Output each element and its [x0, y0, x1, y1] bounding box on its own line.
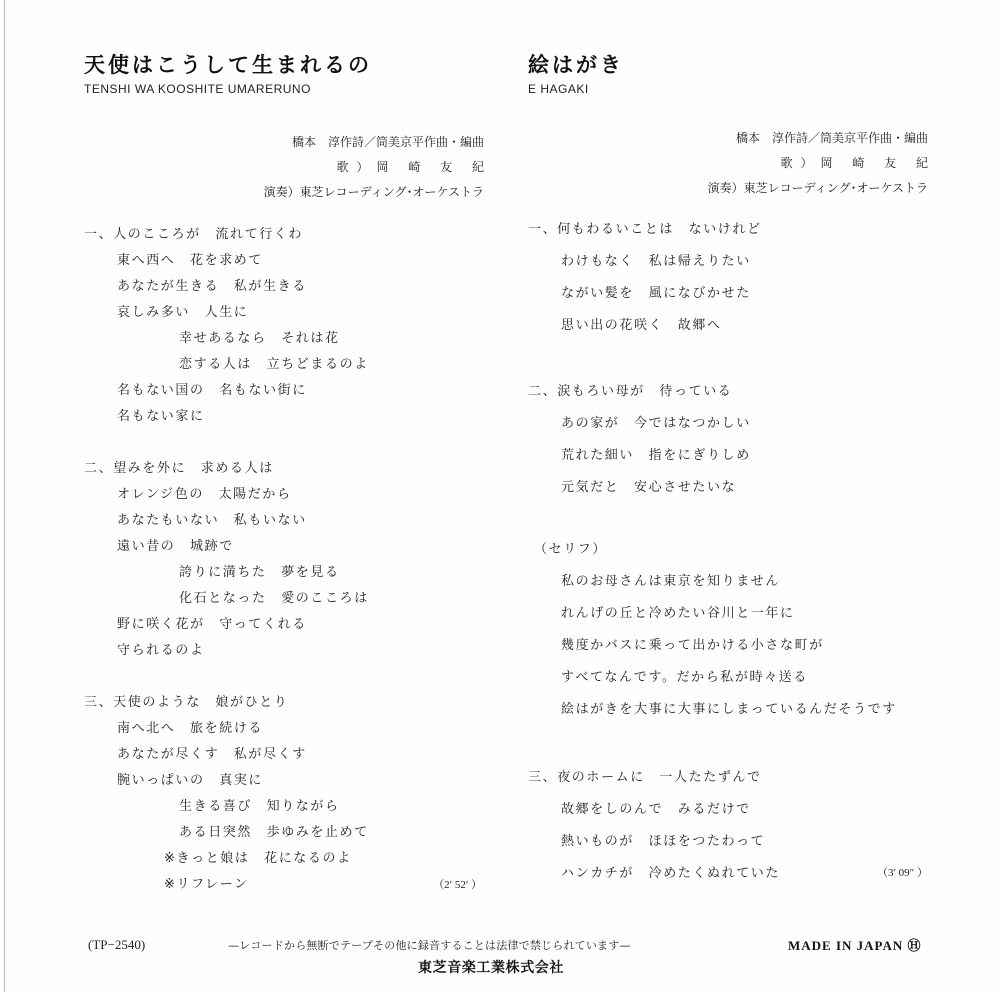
song-credits: 橋本 淳作詩／筒美京平作曲・編曲 歌）岡 崎 友 紀 演奏）東芝レコーディング･…: [708, 126, 928, 201]
verse-3: 三、天使のような 娘がひとり 南へ北へ 旅を続ける あなたが尽くす 私が尽くす …: [84, 690, 494, 898]
song-title: 絵はがき: [528, 52, 928, 78]
lyrics: 一、人のこころが 流れて行くわ 東へ西へ 花を求めて あなたが生きる 私が生きる…: [84, 222, 494, 898]
verse-2: 二、涙もろい母が 待っている あの家が 今ではなつかしい 荒れた細い 指をにぎり…: [528, 376, 928, 504]
sleeve-footer: (TP−2540) —レコードから無断でテープその他に録音することは法律で禁じら…: [0, 933, 1000, 983]
verse-3: 三、夜のホームに 一人たたずんで 故郷をしのんで みるだけで 熱いものが ほほを…: [528, 762, 928, 890]
lyric-line: 幸せあるなら それは花: [84, 326, 494, 352]
lyric-line: 恋する人は 立ちどまるのよ: [84, 352, 494, 378]
lyric-line: 元気だと 安心させたいな: [528, 472, 928, 504]
lyric-line: 化石となった 愛のこころは: [84, 586, 494, 612]
song-title-romaji: TENSHI WA KOOSHITE UMARERUNO: [84, 82, 494, 96]
lyric-line: 三、夜のホームに 一人たたずんで: [528, 762, 928, 794]
song-e-hagaki: 絵はがき E HAGAKI 橋本 淳作詩／筒美京平作曲・編曲 歌）岡 崎 友 紀…: [528, 52, 928, 96]
lyric-line: 二、望みを外に 求める人は: [84, 456, 494, 482]
lyric-line: 南へ北へ 旅を続ける: [84, 716, 494, 742]
lyric-line: 絵はがきを大事に大事にしまっているんだそうです: [528, 694, 928, 726]
performer-credit: 演奏）東芝レコーディング･オーケストラ: [708, 176, 928, 201]
scan-edge-line: [4, 0, 5, 992]
lyric-line: オレンジ色の 太陽だから: [84, 482, 494, 508]
lyric-line: ながい髪を 風になびかせた: [528, 278, 928, 310]
lyric-line: 生きる喜び 知りながら: [84, 794, 494, 820]
lyric-line: 名もない国の 名もない街に: [84, 378, 494, 404]
lyric-line: 故郷をしのんで みるだけで: [528, 794, 928, 826]
lyric-line-refrain: ※きっと娘は 花になるのよ: [84, 846, 494, 872]
lyric-line: 荒れた細い 指をにぎりしめ: [528, 440, 928, 472]
verse-serifu: （セリフ） 私のお母さんは東京を知りません れんげの丘と冷めたい谷川と一年に 幾…: [528, 534, 928, 726]
lyric-line: 思い出の花咲く 故郷へ: [528, 310, 928, 342]
made-in-japan-mark: MADE IN JAPAN Ⓗ: [788, 935, 922, 954]
lyric-line: 遠い昔の 城跡で: [84, 534, 494, 560]
lyric-line: 三、天使のような 娘がひとり: [84, 690, 494, 716]
lyric-line: 野に咲く花が 守ってくれる: [84, 612, 494, 638]
writer-credit: 橋本 淳作詩／筒美京平作曲・編曲: [708, 126, 928, 151]
lyric-line: すべてなんです。だから私が時々送る: [528, 662, 928, 694]
song-credits: 橋本 淳作詩／筒美京平作曲・編曲 歌）岡 崎 友 紀 演奏）東芝レコーディング･…: [264, 130, 484, 205]
lyric-line: 幾度かバスに乗って出かける小さな町が: [528, 630, 928, 662]
performer-credit: 演奏）東芝レコーディング･オーケストラ: [264, 180, 484, 205]
lyric-line: 哀しみ多い 人生に: [84, 300, 494, 326]
lyric-line: あなたが生きる 私が生きる: [84, 274, 494, 300]
lyric-line: 二、涙もろい母が 待っている: [528, 376, 928, 408]
lyric-line: 誇りに満ちた 夢を見る: [84, 560, 494, 586]
song-duration: （2′ 52′ ）: [433, 876, 482, 892]
singer-credit: 歌）岡 崎 友 紀: [264, 155, 492, 180]
verse-1: 一、何もわるいことは ないけれど わけもなく 私は帰えりたい ながい髪を 風にな…: [528, 214, 928, 342]
lyric-line: 私のお母さんは東京を知りません: [528, 566, 928, 598]
song-duration: （3′ 09″ ）: [877, 864, 928, 880]
lyric-line: あなたが尽くす 私が尽くす: [84, 742, 494, 768]
copyright-notice: —レコードから無断でテープその他に録音することは法律で禁じられています—: [228, 937, 631, 953]
catalog-number: (TP−2540): [88, 937, 145, 953]
lyric-line: 東へ西へ 花を求めて: [84, 248, 494, 274]
lyric-line: あなたもいない 私もいない: [84, 508, 494, 534]
writer-credit: 橋本 淳作詩／筒美京平作曲・編曲: [264, 130, 484, 155]
lyric-line: 守られるのよ: [84, 638, 494, 664]
lyric-line: 名もない家に: [84, 404, 494, 430]
song-tenshi-wa-kooshite-umareruno: 天使はこうして生まれるの TENSHI WA KOOSHITE UMARERUN…: [84, 52, 494, 96]
lyric-line: 腕いっぱいの 真実に: [84, 768, 494, 794]
lyric-line: 一、何もわるいことは ないけれど: [528, 214, 928, 246]
record-company: 東芝音楽工業株式会社: [418, 957, 564, 977]
lyric-line: ハンカチが 冷めたくぬれていた: [528, 858, 928, 890]
lyrics: 一、何もわるいことは ないけれど わけもなく 私は帰えりたい ながい髪を 風にな…: [528, 214, 928, 890]
song-title-romaji: E HAGAKI: [528, 82, 928, 96]
lyric-line: 一、人のこころが 流れて行くわ: [84, 222, 494, 248]
lyric-line: 熱いものが ほほをつたわって: [528, 826, 928, 858]
singer-credit: 歌）岡 崎 友 紀: [708, 151, 936, 176]
song-title: 天使はこうして生まれるの: [84, 52, 494, 78]
lyric-line: あの家が 今ではなつかしい: [528, 408, 928, 440]
lyric-line: わけもなく 私は帰えりたい: [528, 246, 928, 278]
verse-1: 一、人のこころが 流れて行くわ 東へ西へ 花を求めて あなたが生きる 私が生きる…: [84, 222, 494, 430]
lyric-line: ある日突然 歩ゆみを止めて: [84, 820, 494, 846]
lyric-line: れんげの丘と冷めたい谷川と一年に: [528, 598, 928, 630]
verse-2: 二、望みを外に 求める人は オレンジ色の 太陽だから あなたもいない 私もいない…: [84, 456, 494, 664]
serifu-label: （セリフ）: [528, 534, 928, 566]
